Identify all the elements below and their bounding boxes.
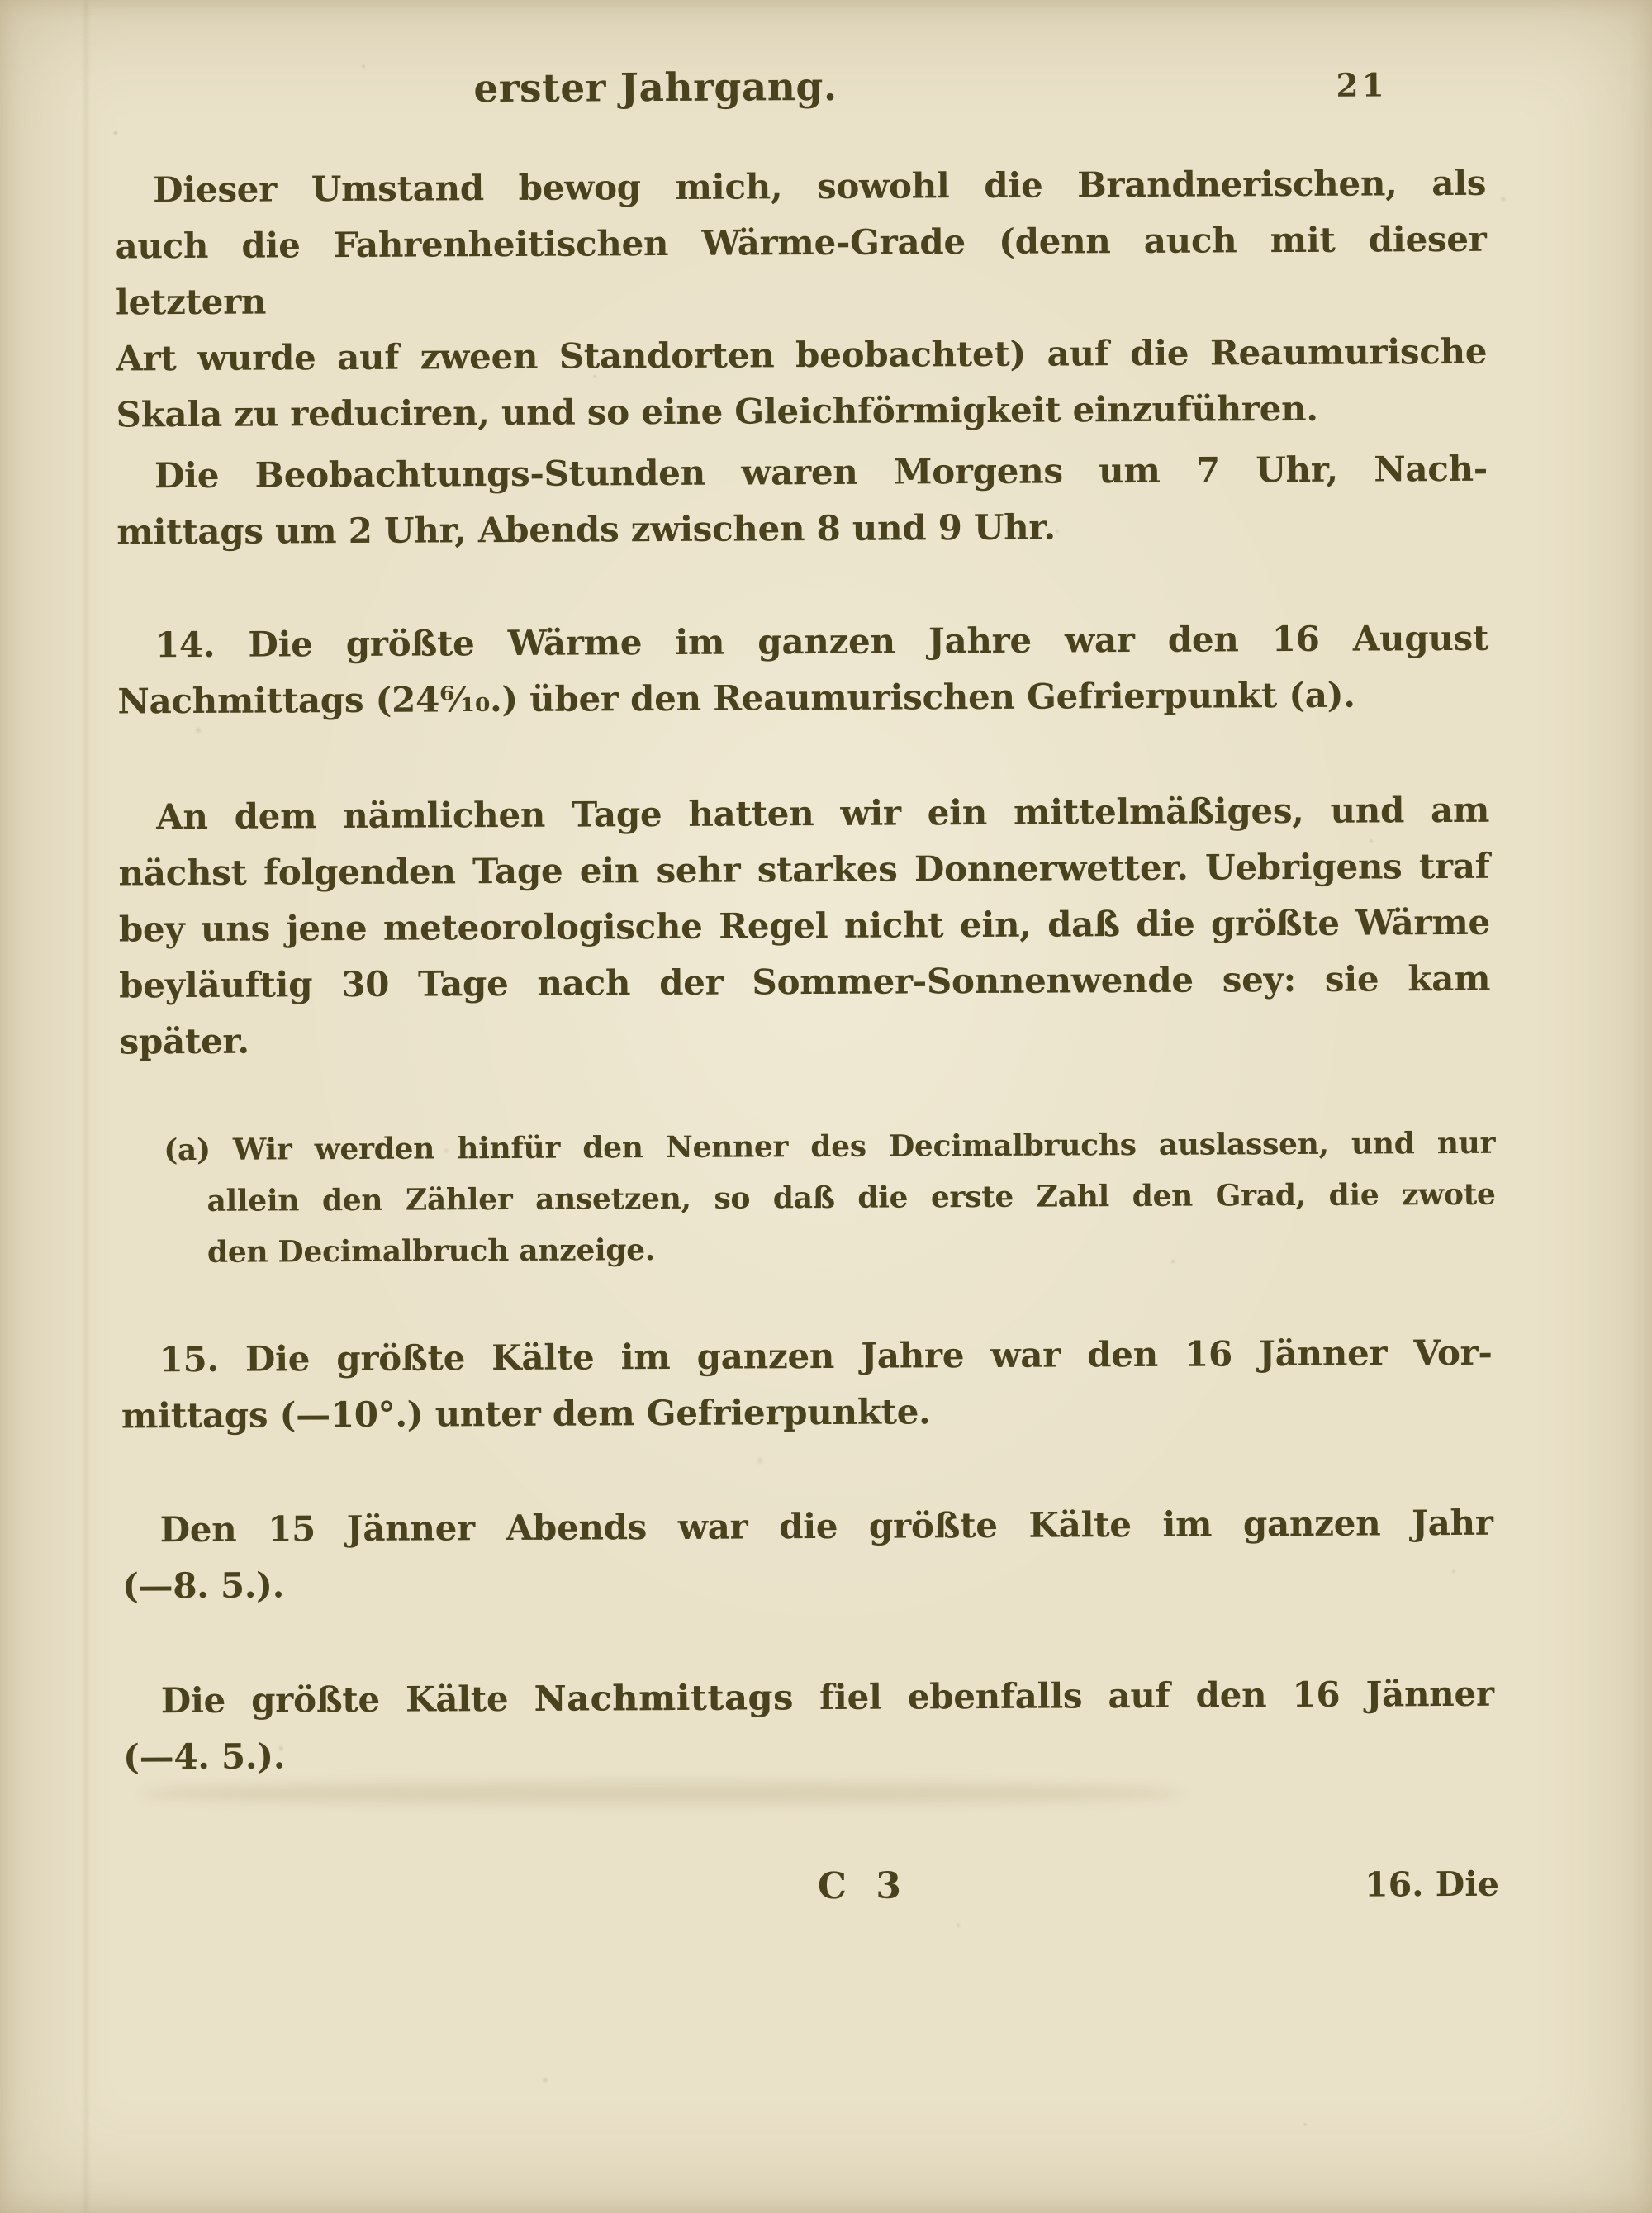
catchword: 16. Die: [1218, 1868, 1499, 1903]
paragraph-16-jan-afternoon-cold: Die größte Kälte Nachmittags fiel ebenfa…: [123, 1666, 1495, 1786]
text-line: (—8. 5.).: [122, 1551, 1493, 1615]
text-line: allein den Zähler ansetzen, so daß die e…: [206, 1169, 1495, 1227]
scanned-book-page: erster Jahrgang. 21 Dieser Umstand bewog…: [0, 0, 1652, 2213]
paragraph-introduction-reduction: Dieser Umstand bewog mich, sowohl die Br…: [115, 155, 1488, 444]
text-line: (a) Wir werden hinfür den Nenner des Dec…: [164, 1118, 1495, 1175]
text-line: 14. Die größte Wärme im ganzen Jahre war…: [117, 610, 1488, 674]
text-line: Nachmittags (24⁶⁄₁₀.) über den Reaumuris…: [117, 667, 1488, 730]
text-line: Art wurde auf zween Standorten beobachte…: [116, 324, 1487, 387]
page-number: 21: [1299, 69, 1423, 102]
text-line: später.: [119, 1007, 1490, 1071]
text-line: beyläuftig 30 Tage nach der Sommer-Sonne…: [119, 951, 1490, 1014]
text-line: mittags (—10°.) unter dem Gefrierpunkte.: [121, 1381, 1493, 1445]
text-line: Die Beobachtungs-Stunden waren Morgens u…: [116, 441, 1488, 505]
signature-mark: C 3: [818, 1868, 909, 1905]
text-line: Den 15 Jänner Abends war die größte Kält…: [121, 1495, 1493, 1559]
paragraph-14-greatest-warmth: 14. Die größte Wärme im ganzen Jahre war…: [117, 610, 1489, 730]
text-line: Die größte Kälte Nachmittags fiel ebenfa…: [123, 1666, 1494, 1730]
paragraph-observation-hours: Die Beobachtungs-Stunden waren Morgens u…: [116, 441, 1488, 561]
running-title: erster Jahrgang.: [333, 67, 977, 109]
footnote-a: (a) Wir werden hinfür den Nenner des Dec…: [164, 1118, 1496, 1278]
text-line: mittags um 2 Uhr, Abends zwischen 8 und …: [116, 497, 1488, 561]
page-content: erster Jahrgang. 21 Dieser Umstand bewog…: [0, 0, 1652, 2213]
text-line: bey uns jene meteorologische Regel nicht…: [119, 895, 1490, 958]
text-line: (—4. 5.).: [123, 1722, 1494, 1786]
paragraph-15-jan-evening-cold: Den 15 Jänner Abends war die größte Kält…: [121, 1495, 1493, 1615]
text-line: Dieser Umstand bewog mich, sowohl die Br…: [115, 155, 1486, 219]
text-line: Skala zu reduciren, und so eine Gleichfö…: [116, 380, 1487, 444]
paragraph-15-greatest-cold: 15. Die größte Kälte im ganzen Jahre war…: [121, 1325, 1493, 1445]
text-line: auch die Fahrenheitischen Wärme-Grade (d…: [115, 211, 1487, 331]
paragraph-thunderstorm-remark: An dem nämlichen Tage hatten wir ein mit…: [118, 782, 1491, 1071]
text-line: An dem nämlichen Tage hatten wir ein mit…: [118, 782, 1489, 846]
text-line: 15. Die größte Kälte im ganzen Jahre war…: [121, 1325, 1492, 1389]
text-line: nächst folgenden Tage ein sehr starkes D…: [118, 838, 1489, 902]
text-line: den Decimalbruch anzeige.: [207, 1220, 1496, 1278]
